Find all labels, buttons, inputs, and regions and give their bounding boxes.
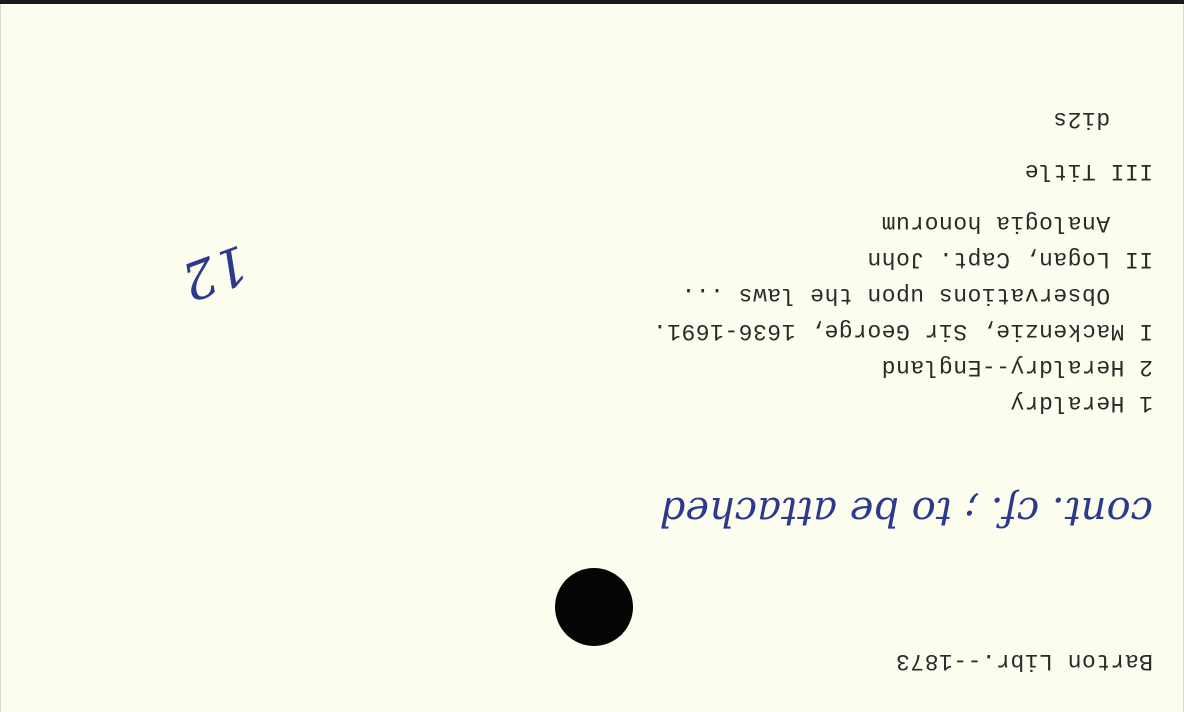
card-content-rotated: Barton Libr.--1873 cont. cf. ; to be att… <box>1 4 1183 712</box>
punch-hole <box>555 568 633 646</box>
tracing-added-entry-2-title: Analogia honorum <box>881 210 1153 236</box>
catalog-card: Barton Libr.--1873 cont. cf. ; to be att… <box>0 4 1184 712</box>
tracing-title: III Title <box>1024 158 1153 184</box>
handwritten-mark: 12 <box>174 232 257 311</box>
handwritten-note: cont. cf. ; to be attached <box>660 488 1153 534</box>
tracing-subject-2: 2 Heraldry--England <box>881 354 1153 380</box>
tracing-added-entry-1-title: Observations upon the laws ... <box>681 282 1153 308</box>
tracing-added-entry-1: I Mackenzie, Sir George, 1636-1691. <box>652 318 1153 344</box>
imprint-line: Barton Libr.--1873 <box>896 648 1153 674</box>
call-number: di2s <box>1053 106 1153 132</box>
tracing-added-entry-2: II Logan, Capt. John <box>867 246 1153 272</box>
tracing-subject-1: 1 Heraldry <box>1010 390 1153 416</box>
